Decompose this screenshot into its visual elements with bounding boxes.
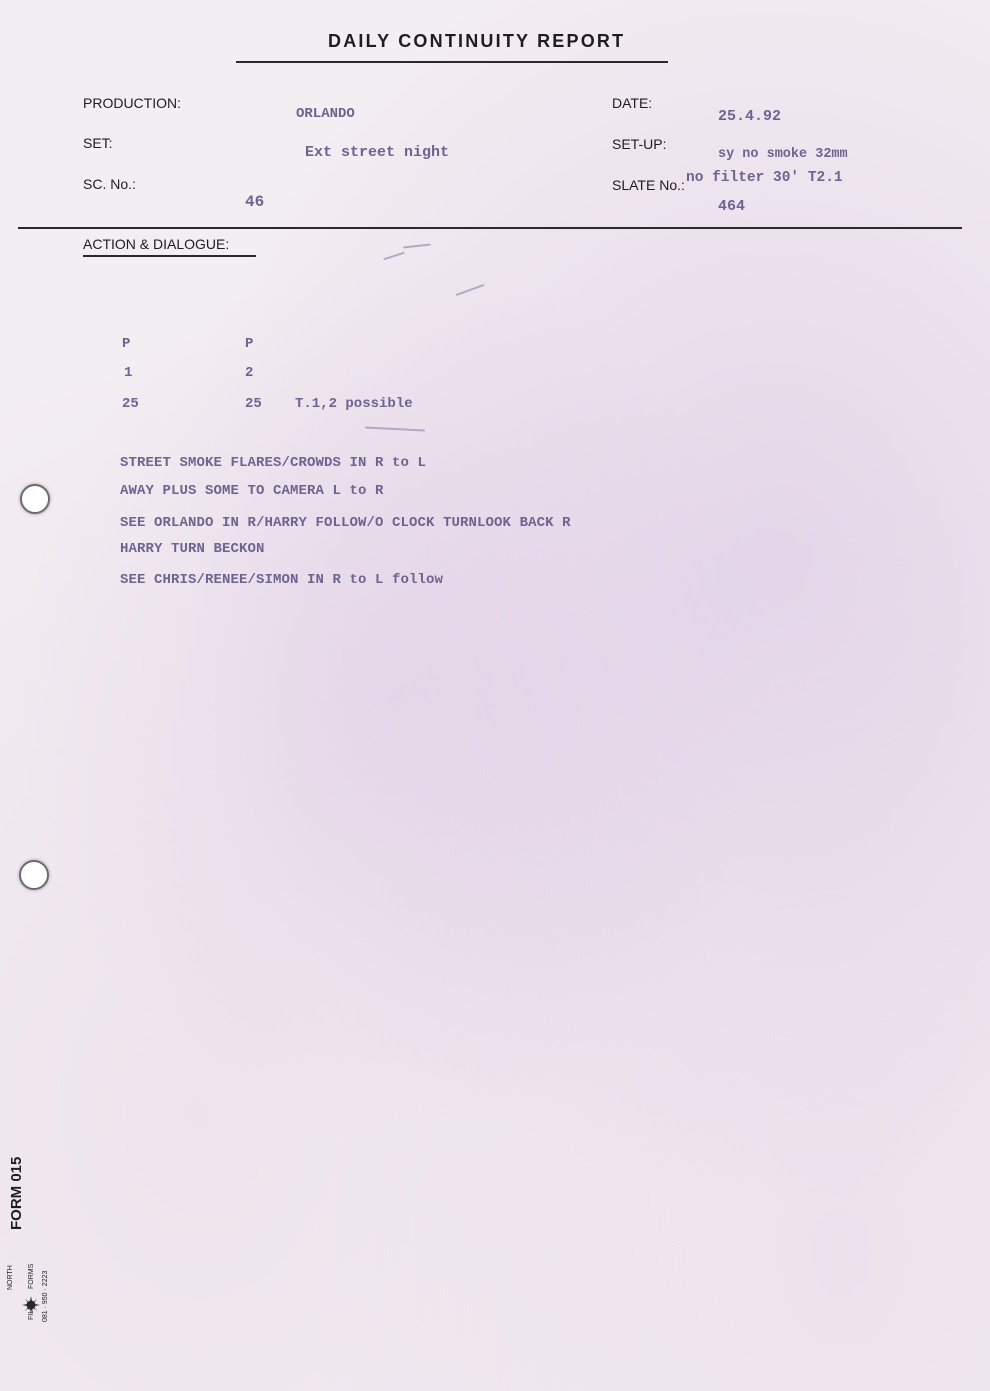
action-line: STREET SMOKE FLARES/CROWDS IN R to L: [120, 455, 426, 471]
pen-mark: [365, 426, 425, 431]
set-up-value-line-1: sy no smoke 32mm: [718, 147, 848, 162]
section-divider: [18, 227, 962, 229]
set-up-value-line-2: no filter 30' T2.1: [686, 170, 843, 186]
report-title: DAILY CONTINUITY REPORT: [328, 31, 625, 52]
date-value: 25.4.92: [718, 108, 781, 125]
title-underline: [236, 61, 668, 63]
take-column-header: P: [245, 336, 253, 352]
action-line: AWAY PLUS SOME TO CAMERA L to R: [120, 483, 384, 499]
slate-number-value: 464: [718, 198, 745, 215]
date-label: DATE:: [612, 95, 652, 111]
pen-mark: [456, 284, 485, 296]
set-value: Ext street night: [305, 144, 449, 161]
scene-number-value: 46: [245, 193, 264, 211]
maker-name-north: NORTH: [7, 1265, 14, 1290]
action-dialogue-label: ACTION & DIALOGUE:: [83, 236, 229, 252]
action-line: SEE CHRIS/RENEE/SIMON IN R to L follow: [120, 572, 443, 588]
action-line: HARRY TURN BECKON: [120, 541, 265, 557]
action-line: SEE ORLANDO IN R/HARRY FOLLOW/O CLOCK TU…: [120, 515, 571, 531]
take-column-number: 1: [124, 365, 132, 381]
action-dialogue-underline: [83, 255, 256, 257]
punch-hole: [20, 484, 50, 514]
scene-number-label: SC. No.:: [83, 176, 136, 192]
compass-rose-icon: [22, 1296, 40, 1314]
pen-mark: [403, 244, 431, 249]
set-up-label: SET-UP:: [612, 136, 666, 152]
maker-name-forms: FORMS: [28, 1264, 35, 1289]
pen-mark: [383, 252, 405, 261]
take-note: T.1,2 possible: [295, 396, 413, 412]
form-number: FORM 015: [8, 1157, 25, 1230]
slate-number-label: SLATE No.:: [612, 177, 685, 193]
take-column-number: 2: [245, 365, 253, 381]
production-label: PRODUCTION:: [83, 95, 181, 111]
punch-hole: [19, 860, 49, 890]
take-column-value: 25: [245, 396, 262, 412]
set-label: SET:: [83, 135, 113, 151]
production-value: ORLANDO: [296, 106, 355, 122]
maker-phone: 081 · 950 · 2223: [42, 1271, 49, 1322]
take-column-value: 25: [122, 396, 139, 412]
take-column-header: P: [122, 336, 130, 352]
